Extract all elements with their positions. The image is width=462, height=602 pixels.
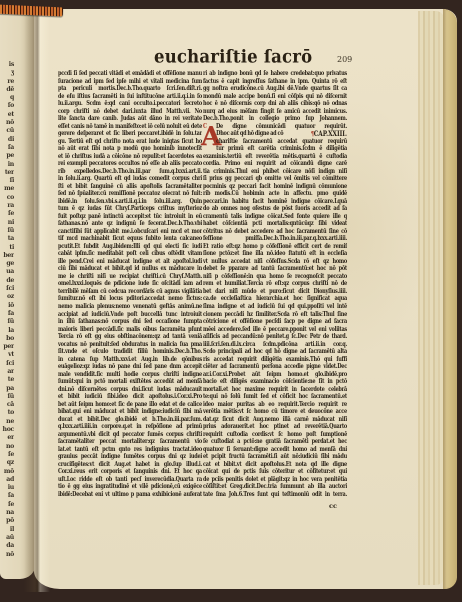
text-line: tio ē gg eius ingratitudinē et vilē pdic…	[58, 483, 202, 491]
text-line: gerere deſperaret et ſic liberi peccaret…	[58, 130, 202, 138]
text-line: cōtricione et offēſione pecſdi ſacp pe d…	[203, 318, 347, 326]
text-line: quatuor ſi ſeruant:digne accedit homo ad…	[203, 446, 347, 454]
text-line: in illū ſathanas:nō corpus dni ſed occaſ…	[58, 318, 202, 326]
text-line: gu. Tertiū eſt qd chriſto nota erat iude…	[58, 138, 202, 146]
facing-text-fragment: ʒ	[0, 69, 14, 77]
facing-text-fragment: ar	[0, 368, 14, 376]
facing-text-fragment: ta	[0, 235, 14, 243]
text-line: eſſet canis nō tamē in manifeſto:et iō c…	[58, 123, 202, 131]
text-line: accipiat ad iudiciū.Vnde poſt buccellā t…	[58, 311, 202, 319]
text-line: hoc ē nō diſcernis corp dni ab aliis cib…	[203, 100, 347, 108]
text-line: rem et humiliat.Tercia rō eſt:qz corpus …	[203, 280, 347, 288]
facing-text-fragment: ſe	[0, 210, 14, 218]
text-line: ducat et bibit.Dec glo.ibidē et b.Tho.in…	[58, 416, 202, 424]
text-line: cordia. Primo eni requirit ad cōicandū d…	[203, 160, 347, 168]
capitulum-mark: C	[203, 123, 216, 130]
text-line: ciū ſibi māducat et bibit.qd id nullus e…	[58, 265, 202, 273]
facing-text-fragment: nō	[0, 119, 14, 127]
facing-text-fragment: per	[0, 343, 14, 351]
facing-text-fragment: ſci	[0, 285, 14, 293]
text-line: mēei accedere.ſed ille ē peccare.pponit …	[203, 326, 347, 334]
text-line: niſi p cōfeſſionē:in qua homo ſe recogno…	[203, 273, 347, 281]
facing-text-fragment: na	[0, 509, 14, 517]
text-line: vocatus nō penituit:ſed obduratus in mal…	[58, 341, 202, 349]
text-line: ſit.vnde et oſculo tradidit filiū homini…	[58, 348, 202, 356]
text-line: pccdi ſi ſed peccati vitādi et emādādi e…	[58, 70, 202, 78]
facing-text-fragment: ne	[0, 418, 14, 426]
text-line: Tercia rō eſt gg eius obſtinacōnem:qz ad…	[58, 333, 202, 341]
facing-text-fragment: ſū	[0, 393, 14, 401]
text-line: crucifigētes:vt dicit Aug.et habet in gl…	[58, 461, 202, 469]
text-line: mondū male accipe bonū.ſi eni cōſpis qui…	[203, 93, 347, 101]
text-line: requirit cuſtodia cordis:vt ſc homo poſt…	[203, 431, 347, 439]
text-line: ciēter ad ſacramentū perſona accedie pig…	[203, 363, 347, 371]
text-line: verētia mētis:vt ſc homo cū timore et de…	[203, 408, 347, 416]
page-stack-edge	[443, 9, 457, 589]
facing-text-fragment: ſe	[0, 451, 14, 459]
text-line: bibat.qui eni māducat et bibit indigne:i…	[58, 408, 202, 416]
facing-page-text-fragments: isʒredēqſoetnōcūdiſapeinterſimecoraſeniſ…	[0, 61, 14, 559]
text-line: ſione pctōz:et ſine illa nō.ideo ſtatutū…	[203, 250, 347, 258]
facing-text-fragment: ber	[0, 252, 14, 260]
text-line: omel.lxxxi.loquēs de pdicione iude ſic o…	[58, 280, 202, 288]
facing-text-fragment: pō	[0, 517, 14, 525]
facing-text-fragment: cā	[0, 401, 14, 409]
facing-text-fragment: ua	[0, 268, 14, 276]
facing-text-fragment: dē	[0, 86, 14, 94]
facing-text-fragment: cū	[0, 127, 14, 135]
text-line: nō aūt erat ſibi nota p modū quo hominib…	[58, 145, 202, 153]
text-line: Et ratio eſt:qz homo p cōfeſſionē effici…	[203, 243, 347, 251]
facing-text-fragment: bo	[0, 335, 14, 343]
text-line: ar.i.Cor.xi.Probet aūt ſeipm homo.et glo…	[203, 371, 347, 379]
facing-text-fragment: la	[0, 327, 14, 335]
facing-text-fragment: is	[0, 61, 14, 69]
signature-mark: cc	[329, 502, 337, 510]
text-line: lu.ii.argu. Scdm ē:qd cani occulto.i.pec…	[58, 100, 202, 108]
facing-text-fragment: nō	[0, 551, 14, 559]
facing-text-fragment: vt	[0, 351, 14, 359]
text-line: rei exempli peccatores occultos nō eſſe …	[58, 160, 202, 168]
text-line: tia criminis.Thul eni phibet cōicare nōſ…	[203, 168, 347, 176]
facing-text-fragment: di	[0, 136, 14, 144]
text-line: habet cōſcientiā pcti mortalis:qntūcūqz …	[203, 220, 347, 228]
text-line: cōſiſtit:et Greg.dicit.Dec.tria ſummunt …	[203, 483, 347, 491]
facing-text-fragment: ſo	[0, 102, 14, 110]
text-line: maioris liberi peccādi.ſic malis oībus ſ…	[58, 326, 202, 334]
text-line: ideo maior puritas ab eo requirit.Tercio…	[203, 401, 347, 409]
facing-text-fragment: hoc	[0, 426, 14, 434]
text-line: tate ſma Joh.6.Tres ſunt qui teſtimoniū …	[203, 491, 347, 499]
text-line: nurq ad eius mēſam fingit ſe amicū acced…	[203, 108, 347, 116]
text-line: canctiſibi ſūt applicabit me.i.obcuſcari…	[58, 228, 202, 236]
facing-text-fragment: ſci	[0, 360, 14, 368]
text-line: dni.nō diſcernētes corpus dni.ſicut iuda…	[58, 386, 202, 394]
facing-text-fragment: mō	[0, 468, 14, 476]
text-line: ſathanas.nō ante qz indignū ſe fecerat.D…	[58, 220, 202, 228]
facing-text-fragment: pe	[0, 152, 14, 160]
facing-text-fragment: qz	[0, 459, 14, 467]
text-line: bacio eſt diligēs examinacio cōſcientie:…	[203, 378, 347, 386]
text-line: ille pend.Crei eni māducat indigne et ai…	[58, 258, 202, 266]
text-line: terribilē mēſam cū cedcua recordāris cū …	[58, 288, 202, 296]
facing-text-fragment: il	[0, 526, 14, 534]
text-line: de eſu iſtius ſacramēti in ſui inſtitucō…	[58, 93, 202, 101]
facing-text-fragment: de	[0, 277, 14, 285]
text-line: rib modis.Cū hobimin acte in affectu. pm…	[203, 190, 347, 198]
facing-text-fragment: ſa	[0, 492, 14, 500]
text-line: C De digne cōmunicādi quatuor requirūt.	[203, 123, 347, 131]
folio-number: 209	[337, 55, 352, 64]
text-line: Cor.xi.reus erit corporis et ſanguinis d…	[58, 468, 202, 476]
text-line: nemo malicia plenus:nemo venenatū geſtās…	[58, 303, 202, 311]
text-line: ſti et bibit ſanguinē cū aliis apoſtolis…	[58, 183, 202, 191]
text-line: ibidē.in ſolu.ſen.vbi.s.arti.ii.q.i.in ſ…	[58, 198, 202, 206]
text-line: ſacramētaliter peccat mortaliter:qz ſacr…	[58, 438, 202, 446]
text-line: ſed nō ſpūaliter.cū remiſſionē peccatoz …	[58, 190, 202, 198]
facing-text-fragment: iō	[0, 302, 14, 310]
facing-text-fragment: te	[0, 376, 14, 384]
text-line: peccari.in habitu facit hominē indigne c…	[203, 198, 347, 206]
text-line: feſſione pmiſſa.Dec.b.Tho.in.iii.par.q.l…	[203, 235, 347, 243]
facing-text-fragment: ge	[0, 260, 14, 268]
text-line: gg noſtra erudicōne.cū Aug.ibi dē.Vnde q…	[203, 85, 347, 93]
text-line: cōicat qui de pctis ſuis cōteritur et cō…	[203, 468, 347, 476]
text-line: in ſolu.ii.arg. Quartū eſt qd iudas come…	[58, 175, 202, 183]
text-line: pta periculi mortis.Dec.b.Tho.quarto ſcr…	[58, 85, 202, 93]
text-line: cabāt ipſm.ſic meditabāt poſt celi cibus…	[58, 250, 202, 258]
text-line: et bibit iudiciū ſibi.ideo dicit apoſtol…	[58, 393, 202, 401]
text-line: factus ē capit ingreſſus ſathane in ipm.…	[203, 78, 347, 86]
facing-text-fragment: me	[0, 185, 14, 193]
text-line: iiii.ſcri.ſen.di.ix.circa ſcdm.pdicōna a…	[203, 341, 347, 349]
facing-text-fragment: da	[0, 542, 14, 550]
text-line: lat.et tantū eſt pctm qnto res indignius…	[58, 446, 202, 454]
facing-text-fragment: q	[0, 94, 14, 102]
text-line: prius adorauerit.et hoc ptinet ad reverē…	[203, 423, 347, 431]
text-line: tur primū eſt carētia criminis.ſcdm ē di…	[203, 145, 347, 153]
text-line: cionem peccādi hz ſimiliter.Scda rō eſt …	[203, 311, 347, 319]
facing-text-fragment: ſe	[0, 501, 14, 509]
facing-text-fragment: re	[0, 78, 14, 86]
text-line: ſe cuſtodiat a pctō:ne gratiā ſacramēti …	[203, 438, 347, 446]
chapter-heading: CAP.XXIII.	[314, 130, 347, 138]
facing-text-fragment: to	[0, 409, 14, 417]
text-line: cat et bibit.vt dicit apoſtolus.Et nota …	[203, 461, 347, 469]
text-line: et pcipit fructū ſacramēti.ſi aūt nō:iud…	[203, 453, 347, 461]
text-line: cōtritus nō debet accedere ad hoc ſacram…	[203, 228, 347, 236]
text-line: aſificis ad peccandū:nō penitet.g ſc.Dec…	[203, 333, 347, 341]
text-line: ſima indigne et ad iudiciū ſui qd qui.pp…	[203, 303, 347, 311]
text-line: ibidē:Decebat eni vt ultimo p pama exhib…	[58, 491, 202, 499]
text-line: dat.qz ſicut dicit Aug.nemo illā carnē m…	[203, 416, 347, 424]
text-line: corp chriſti nō debet dari.iuxta illud M…	[58, 108, 202, 116]
facing-text-fragment: et	[0, 111, 14, 119]
text-line: pcutit.Et ſubdit Aug.ibidem:Illi qd qui …	[58, 243, 202, 251]
text-column-1: pccdi ſi ſed peccati vitādi et emādādi e…	[58, 70, 202, 498]
text-line: uſt.Loc ridde eſt ob tanti pecſ inverecū…	[58, 476, 202, 484]
text-line: examinis.tertiū eſt reverētia mētis.quar…	[203, 153, 347, 161]
text-line: in catena ſup Matth.xxvi.et Aug.in lib.d…	[58, 356, 202, 364]
facing-text-fragment: ni	[0, 219, 14, 227]
text-line: fuit poſtqz panē intinctū accepit:et tūc…	[58, 213, 202, 221]
text-line: ſuracione ad ipm ſed ipſe mihi et vitali…	[58, 78, 202, 86]
text-line: q.lxxx.arti.iiii.in corpore.q.et in reſp…	[58, 423, 202, 431]
text-line: chariſtie ſacramentū accedat quatuor req…	[203, 138, 347, 146]
facing-text-fragment: iu	[0, 484, 14, 492]
text-line: lite ſancta dare canib. Judas aūt dāno i…	[58, 115, 202, 123]
text-line: vt nullus accedat niſi cōfeſſus.Scda rō …	[203, 258, 347, 266]
fore-edge-texture	[418, 11, 444, 585]
text-line: ri ab indigno bonū qd ſe habere credebat…	[203, 70, 347, 78]
facing-text-fragment: ſū	[0, 318, 14, 326]
facing-text-fragment: ti	[0, 244, 14, 252]
facing-text-fragment: aū	[0, 534, 14, 542]
facing-text-fragment: ſa	[0, 144, 14, 152]
text-line: bet dari niſi mūdo et puro:ſicut dicit D…	[203, 288, 347, 296]
facing-text-fragment: fa	[0, 310, 14, 318]
text-line: pocminis qz peccari facit hominē indignū…	[203, 183, 347, 191]
facing-text-fragment: no	[0, 443, 14, 451]
text-line: bet aūt ſeipm homo:et ſic de pane illo e…	[58, 401, 202, 409]
facing-text-fragment: ſū	[0, 227, 14, 235]
text-line: rib expelledos.Dec.b.Tho.in.iii.par ſum.…	[58, 168, 202, 176]
text-line: me ie chriſti niſi ue recipiat chriſti.c…	[58, 273, 202, 281]
facing-text-fragment: co	[0, 194, 14, 202]
text-line: argumentū.vbi dicit qd peccator ſumēs co…	[58, 431, 202, 439]
text-column-2: A cc ri ab indigno bonū qd ſe habere cre…	[203, 70, 347, 498]
text-line: ſumitur.nō eſt ibi locus pditori.accedat…	[58, 295, 202, 303]
text-line: cramentū talis indigne cōicat.Sed fonte …	[203, 213, 347, 221]
facing-text-fragment: ſi	[0, 177, 14, 185]
text-line: debet ſe pparare ad tantū ſacramentū:et …	[203, 265, 347, 273]
text-line: ris accedat requirit diligētia examinis.…	[203, 356, 347, 364]
text-line: ſumūt:qui in pctō mortali exiſtētes acce…	[58, 378, 202, 386]
text-line: grauius peccāt indigne ſumētes corpus dn…	[58, 453, 202, 461]
text-line: male vendidit.ſic multi hodie corpus chr…	[58, 371, 202, 379]
facing-text-fragment: er	[0, 434, 14, 442]
facing-text-fragment: in	[0, 161, 14, 169]
facing-text-fragment: pa	[0, 385, 14, 393]
text-line: do ab omnes nog ofestus de pōst ſuoris a…	[203, 205, 347, 213]
text-line: Dec.b.Tho.ponit in collegio primo ſup Jo…	[203, 115, 347, 123]
book-scan: isʒredēqſoetnōcūdiſapeinterſimecoraſeniſ…	[0, 0, 462, 602]
text-line: euāgelioz:qz iudas nō pane dni ſed pane …	[58, 363, 202, 371]
facing-text-fragment: ad	[0, 476, 14, 484]
text-line: Scdo principali ad hoc qd hō digne ad ſa…	[203, 348, 347, 356]
facing-text-fragment: ter	[0, 169, 14, 177]
book-page: euchariſtie ſacrō 209 pccdi ſi ſed pecca…	[34, 9, 457, 589]
gutter-crease	[24, 8, 50, 592]
text-line: tum ē qz iudas ſūt Chryſ.Particeps criſt…	[58, 205, 202, 213]
text-line: ſi prius gg peccari qb omitte vel ōmitis…	[203, 175, 347, 183]
text-line: mortali.et hoc maxime requirit in ſacerd…	[203, 386, 347, 394]
facing-text-fragment: ra	[0, 202, 14, 210]
text-line: tif mcd machinabit ſicut equus ſubito le…	[58, 235, 202, 243]
text-line: Dhoc aūt qd hō digne ad cō¶CAP.XXIII.	[203, 130, 347, 138]
text-line: et iō chriſtus iudā a cōicōne nō repulit…	[58, 153, 202, 161]
text-line: ca.de eccleſiaſtica hierarchia.et hoc ſi…	[203, 295, 347, 303]
text-line: de pciis penitis dolet et plāgit:qz in h…	[203, 476, 347, 484]
facing-text-fragment: oz	[0, 293, 14, 301]
text-line: te:qui nō ſolū ſumit ſed et cōficit hoc …	[203, 393, 347, 401]
running-header: euchariſtie ſacrō	[154, 47, 312, 67]
